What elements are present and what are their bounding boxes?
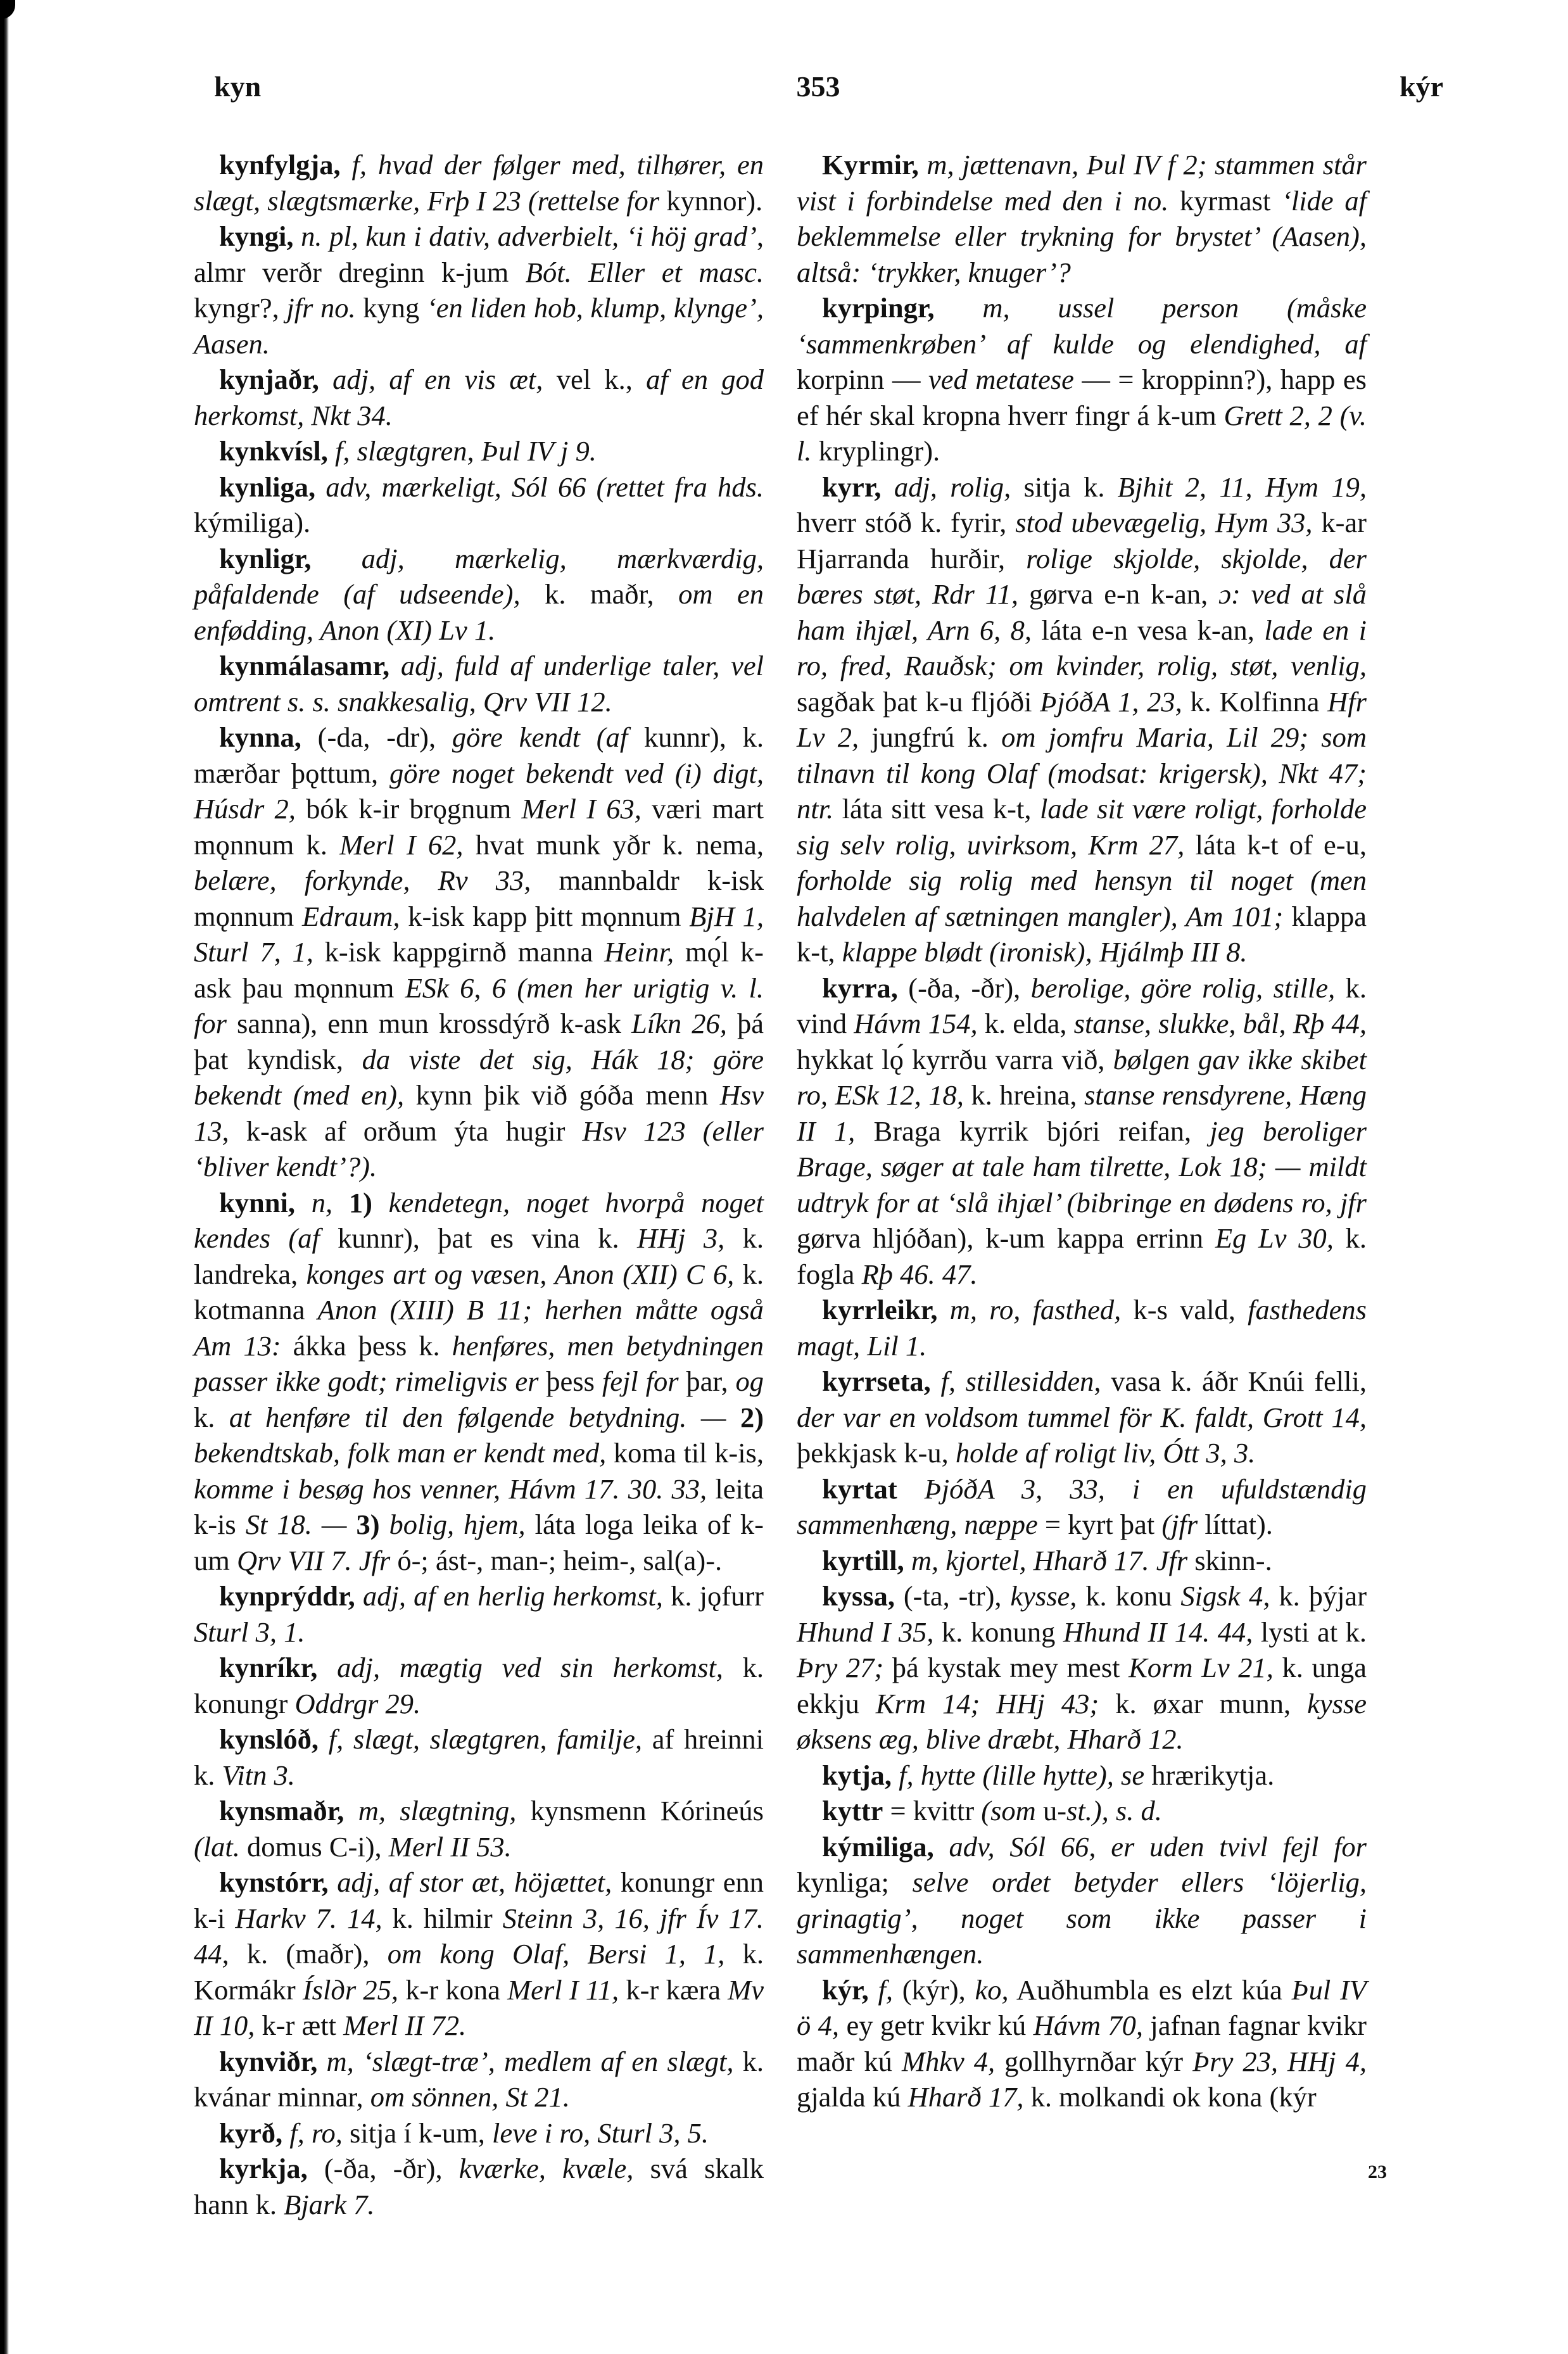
entry-text: þá kystak mey mest [883,1652,1129,1683]
printer-signature-mark: 23 [1368,2161,1387,2183]
entry-gloss: Eg Lv 30, [1215,1222,1334,1254]
entry-headword: 2) [740,1402,764,1433]
dictionary-entry: kyrrseta, f, stillesidden, vasa k. áðr K… [797,1364,1367,1471]
dictionary-entry: kyrð, f, ro, sitja í k-um, leve i ro, St… [194,2115,764,2151]
entry-text: láta sitt vesa k-t, [833,793,1040,825]
entry-gloss: m, slægtning, [358,1795,517,1826]
entry-text [931,1365,941,1397]
entry-text: k-r ætt [255,2009,343,2041]
entry-text: k-s vald, [1121,1294,1248,1326]
scan-corner-shadow [0,0,15,19]
entry-text [317,1652,337,1683]
entry-headword: kyrr, [822,471,882,503]
entry-text: kynn þik við góða menn [404,1079,720,1111]
entry-text: Auðhumbla es elzt kúa [1009,1974,1292,2006]
entry-gloss: stanse, slukke, bål, Rþ 44, [1074,1008,1367,1039]
running-head-right: kýr [1400,70,1443,103]
entry-text: ákka þess k. [281,1330,452,1362]
entry-text: gørva hljóðan), k-um kappa errinn [797,1222,1215,1254]
dictionary-entry: kyngi, n. pl, kun i dativ, adverbielt, ‘… [194,218,764,362]
entry-text: skinn-. [1187,1545,1272,1576]
entry-text: lysti at k. [1253,1616,1367,1648]
entry-gloss: m, ro, fasthed, [950,1294,1121,1326]
entry-text: bók k-ir brǫgnum [296,793,522,825]
entry-gloss: Hávm 154, [854,1008,977,1039]
entry-headword: kyrra, [822,972,898,1004]
dictionary-entry: kynkvísl, f, slægtgren, Þul IV j 9. [194,433,764,469]
entry-gloss: Bót. Eller et masc. [526,256,764,288]
entry-gloss: Vitn 3. [222,1759,295,1791]
entry-headword: kynna, [219,721,301,753]
dictionary-entry: kyrra, (-ða, -ðr), berolige, göre rolig,… [797,970,1367,1293]
entry-text: = kvittr [883,1795,981,1826]
dictionary-entry: kytja, f, hytte (lille hytte), se hrærik… [797,1757,1367,1794]
entry-gloss: HHj 3, [637,1222,724,1254]
entry-gloss: (jfr [1161,1509,1198,1540]
entry-gloss: göre kendt (af [452,721,628,753]
entry-headword: kynmálasamr, [219,650,389,681]
entry-gloss: Bjhit 2, 11, Hym 19, [1118,471,1367,503]
entry-gloss: leve i ro, Sturl 3, 5. [492,2117,709,2149]
entry-text: láta e-n vesa k-an, [1032,614,1264,646]
entry-text: ey getr kvikr kú [839,2009,1034,2041]
entry-text: þekkjask k-u, [797,1437,956,1469]
entry-gloss: ÞjóðA 1, 23, [1040,686,1182,718]
entry-text: koma til k-is, [606,1437,764,1469]
entry-gloss: Harkv 7. 14, [235,1902,382,1934]
entry-text: k. þýjar [1270,1580,1367,1612]
dictionary-entry: kynsmaðr, m, slægtning, kynsmenn Kórineú… [194,1793,764,1864]
entry-gloss: Merl II 53. [389,1831,512,1863]
entry-headword: kynjaðr, [219,364,319,395]
entry-text: kyrmast [1168,185,1282,217]
entry-gloss: Mhkv 4, [902,2046,995,2077]
dictionary-entry: kynstórr, adj, af stor æt, höjættet, kon… [194,1864,764,2044]
entry-text: k. elda, [978,1008,1074,1039]
entry-gloss: Merl I 11, [507,1974,619,2006]
entry-text: kyng [356,292,427,324]
entry-text [389,650,401,681]
dictionary-entry: kynjaðr, adj, af en vis æt, vel k., af e… [194,362,764,433]
entry-text [329,1866,338,1898]
entry-gloss: (lat. [194,1831,240,1863]
dictionary-entry: kyrtat ÞjóðA 3, 33, i en ufuldstændig sa… [797,1471,1367,1543]
entry-gloss: holde af roligt liv, Ótt 3, 3. [956,1437,1255,1469]
entry-gloss: adv, Sól 66, er uden tvivl fejl for [949,1831,1367,1863]
entry-text: hrærikytja. [1144,1759,1274,1791]
entry-text: kryplingr). [812,435,940,467]
entry-headword: kynni, [219,1187,295,1218]
entry-gloss: Korm Lv 21, [1129,1652,1274,1683]
entry-headword: kýmiliga, [822,1831,934,1863]
dictionary-entry: kynna, (-da, -dr), göre kendt (af kunnr)… [194,719,764,1185]
dictionary-entry: kynni, n, 1) kendetegn, noget hvorpå nog… [194,1185,764,1579]
entry-text: u- [1036,1795,1066,1826]
entry-gloss: Þry 27; [797,1652,883,1683]
dictionary-entry: kynviðr, m, ‘slægt-træ’, medlem af en sl… [194,2044,764,2115]
entry-text: k. Kolfinna [1182,686,1327,718]
entry-text: k-r kæra [619,1974,728,2006]
entry-text [938,1294,950,1326]
entry-gloss: bolig, hjem, [389,1509,525,1540]
entry-text [882,471,894,503]
entry-gloss: adj, af en vis æt, [332,364,543,395]
entry-text [295,1187,312,1218]
entry-gloss: adj, rolig, [894,471,1011,503]
entry-gloss: (som [981,1795,1036,1826]
entry-headword: kyrrseta, [822,1365,931,1397]
entry-text: domus C-i), [240,1831,389,1863]
entry-gloss: og [736,1365,764,1397]
entry-text: gollhyrnðar kýr [995,2046,1192,2077]
entry-headword: kyrrleikr, [822,1294,938,1326]
dictionary-entry: kynfylgja, f, hvad der følger med, tilhø… [194,147,764,218]
page-number: 353 [768,70,869,103]
entry-gloss: komme i besøg hos venner, Hávm 17. 30. 3… [194,1473,707,1505]
entry-text [294,220,301,252]
dictionary-entry: Kyrmir, m, jættenavn, Þul IV f 2; stamme… [797,147,1367,290]
entry-text: jungfrú k. [859,721,1001,753]
entry-text: k-ask af orðum ýta hugir [229,1115,583,1147]
entry-gloss: Edraum, [302,901,400,932]
dictionary-entry: kynmálasamr, adj, fuld af underlige tale… [194,648,764,719]
entry-text: = kyrt þat [1038,1509,1162,1540]
entry-text [312,543,362,574]
entry-gloss: konges art og væsen, Anon (XII) C 6, [307,1258,735,1290]
entry-headword: 3) [356,1509,379,1540]
dictionary-entry: kynslóð, f, slægt, slægtgren, familje, a… [194,1721,764,1793]
entry-gloss: forholde sig rolig med hensyn til noget … [797,864,1367,932]
entry-gloss: Qrv VII 7. Jfr [237,1545,390,1576]
entry-gloss: berolige, göre rolig, stille, [1031,972,1336,1004]
entry-text: kynnor). [659,185,762,217]
entry-text: (-ða, -ðr), [898,972,1031,1004]
entry-headword: kynligr, [219,543,312,574]
entry-text: (-ða, -ðr), [308,2153,459,2184]
entry-text: (kýr), [893,1974,975,2006]
entry-gloss: om kong Olaf, Bersi 1, 1, [388,1938,725,1970]
dictionary-column-left: kynfylgja, f, hvad der følger med, tilhø… [194,147,764,2222]
entry-text: líttat). [1198,1509,1273,1540]
entry-gloss: klappe blødt (ironisk), Hjálmþ III 8. [842,936,1248,968]
entry-text: (-da, -dr), [301,721,452,753]
entry-headword: kynviðr, [219,2046,317,2077]
entry-text: k. konu [1077,1580,1180,1612]
entry-text: vel k., [543,364,646,395]
entry-text [346,1509,356,1540]
entry-text: k. jǫfurr [663,1580,764,1612]
entry-gloss: Hhund II 14. 44, [1063,1616,1253,1648]
entry-headword: kyttr [822,1795,883,1826]
entry-text [355,1580,363,1612]
entry-gloss: stod ubevægelig, Hym 33, [1015,507,1312,538]
entry-headword: kynslóð, [219,1723,319,1755]
dictionary-entry: kynliga, adv, mærkeligt, Sól 66 (rettet … [194,469,764,541]
entry-text [904,1545,911,1576]
entry-gloss: Merl II 72. [343,2009,466,2041]
entry-text: k. hilmir [383,1902,503,1934]
entry-headword: kyrpingr, [822,292,935,324]
entry-gloss: Hávm 70, [1034,2009,1143,2041]
entry-gloss: adv, mærkeligt, Sól 66 (rettet fra hds. [326,471,764,503]
entry-text [328,435,335,467]
entry-gloss: n. pl, kun i dativ, adverbielt, ‘i höj g… [301,220,757,252]
entry-headword: kyrð, [219,2117,282,2149]
entry-text [372,1187,389,1218]
entry-gloss: f, hytte (lille hytte), se [899,1759,1144,1791]
entry-text: k-isk kappgirnð manna [313,936,604,968]
entry-gloss: Oddrgr 29. [294,1688,420,1719]
dictionary-entry: kynligr, adj, mærkelig, mærkværdig, påfa… [194,541,764,649]
entry-text [341,149,352,180]
dictionary-entry: kyrrleikr, m, ro, fasthed, k-s vald, fas… [797,1292,1367,1364]
entry-gloss: Rþ 46. 47. [862,1258,978,1290]
entry-text: k. molkandi ok kona (kýr [1023,2081,1316,2113]
entry-text: láta k-t of e-u, [1184,829,1367,861]
entry-headword: kynstórr, [219,1866,329,1898]
entry-text [319,364,332,395]
entry-text: k-isk kapp þitt mǫnnum [400,901,689,932]
entry-gloss: kysse, [1010,1580,1077,1612]
entry-text: k. (maðr), [229,1938,388,1970]
entry-headword: kyngi, [219,220,294,252]
scan-page-edge [0,0,9,2354]
entry-gloss: fejl for [602,1365,679,1397]
entry-text: k. maðr, [521,578,679,610]
entry-gloss: bekendtskab, folk man er kendt med, [194,1437,606,1469]
entry-text: korpinn — [797,364,928,395]
entry-gloss: St 18. — [246,1509,347,1540]
entry-headword: kyssa, [822,1580,895,1612]
entry-text: þess [538,1365,602,1397]
entry-text: vasa k. áðr Knúi felli, [1101,1365,1367,1397]
entry-text [282,2117,289,2149]
entry-headword: kynfylgja, [219,149,341,180]
entry-text: gjalda kú [797,2081,907,2113]
entry-gloss: f, [878,1974,894,2006]
entry-text: hykkat lǫ́ kyrrðu varra við, [797,1044,1113,1075]
entry-headword: kynríkr, [219,1652,317,1683]
entry-text: k-r kona [398,1974,507,2006]
entry-gloss: f, slægtgren, Þul IV j 9. [335,435,597,467]
entry-text: k. konung [934,1616,1063,1648]
entry-text [319,1723,329,1755]
entry-gloss: m, ‘slægt-træ’, medlem af en slægt, [327,2046,734,2077]
entry-text [317,2046,326,2077]
entry-gloss: Hharð 17, [907,2081,1023,2113]
entry-headword: kýr, [822,1974,869,2006]
entry-gloss: f, stillesidden, [940,1365,1101,1397]
dictionary-entry: kyttr = kvittr (som u-st.), s. d. [797,1793,1367,1829]
entry-gloss: ko, [975,1974,1009,2006]
entry-gloss: Krm 14; HHj 43; [876,1688,1099,1719]
entry-text: kynliga; [797,1866,913,1898]
entry-text: sanna), enn mun krossdýrð k-ask [227,1008,631,1039]
entry-text: (-ta, -tr), [895,1580,1010,1612]
dictionary-entry: kyrpingr, m, ussel person (måske ‘sammen… [797,290,1367,469]
entry-gloss: Líkn 26, [631,1008,727,1039]
entry-gloss: Merl I 63, [521,793,641,825]
entry-text [726,1402,740,1433]
entry-gloss: Íslдr 25, [303,1974,398,2006]
entry-gloss: Þry 23, HHj 4, [1192,2046,1367,2077]
entry-gloss: kværke, kvæle, [459,2153,634,2184]
entry-text [332,1187,349,1218]
entry-gloss: adj, mægtig ved sin herkomst, [337,1652,723,1683]
entry-text: Braga kyrrik bjóri reifan, [855,1115,1210,1147]
entry-headword: kynprýddr, [219,1580,355,1612]
entry-gloss: Sigsk 4, [1180,1580,1270,1612]
entry-text [935,292,983,324]
entry-headword: kynliga, [219,471,315,503]
dictionary-entry: kýmiliga, adv, Sól 66, er uden tvivl fej… [797,1829,1367,1972]
entry-gloss: Bjark 7. [284,2189,374,2220]
entry-gloss: f, ro, [289,2117,343,2149]
dictionary-column-right: Kyrmir, m, jættenavn, Þul IV f 2; stamme… [797,147,1367,2115]
entry-headword: kyrtat [822,1473,897,1505]
entry-text: kyngr?, [194,292,286,324]
entry-gloss: st.), s. d. [1066,1795,1162,1826]
entry-text [892,1759,899,1791]
entry-text: kynsmenn Kórineús [516,1795,764,1826]
entry-text: k. [194,1402,229,1433]
entry-text: kýmiliga). [194,507,310,538]
entry-text [869,1974,878,2006]
entry-text: sitja í k-um, [343,2117,492,2149]
entry-gloss: der var en voldsom tummel för K. faldt, … [797,1402,1367,1433]
entry-headword: Kyrmir, [822,149,919,180]
entry-text [380,1509,389,1540]
entry-headword: kytja, [822,1759,892,1791]
entry-gloss: f, slægt, slægtgren, familje, [329,1723,642,1755]
entry-text: sitja k. [1011,471,1118,503]
dictionary-entry: kyssa, (-ta, -tr), kysse, k. konu Sigsk … [797,1578,1367,1757]
entry-gloss: adj, af stor æt, höjættet, [337,1866,612,1898]
entry-gloss: jfr no. [286,292,355,324]
entry-gloss: om sönnen, St 21. [370,2081,570,2113]
dictionary-entry: kyrtill, m, kjortel, Hharð 17. Jfr skinn… [797,1543,1367,1579]
dictionary-entry: kynríkr, adj, mægtig ved sin herkomst, k… [194,1650,764,1721]
entry-text: kunnr), þat es vina k. [320,1222,637,1254]
entry-text: hverr stóð k. fyrir, [797,507,1015,538]
dictionary-entry: kynprýddr, adj, af en herlig herkomst, k… [194,1578,764,1650]
entry-text: k. hreina, [964,1079,1084,1111]
entry-gloss: m, kjortel, Hharð 17. Jfr [911,1545,1187,1576]
entry-text: ó-; ást-, man-; heim-, sal(a)-. [390,1545,722,1576]
entry-headword: kynsmaðr, [219,1795,344,1826]
entry-text: sagðak þat k-u fljóði [797,686,1040,718]
entry-text: gørva e-n k-an, [1018,578,1218,610]
entry-gloss: belære, forkynde, Rv 33, [194,864,531,896]
entry-text [934,1831,949,1863]
entry-text: hvat munk yðr k. nema, [464,829,764,861]
entry-headword: kynkvísl, [219,435,328,467]
entry-text [315,471,326,503]
entry-text: þar, [679,1365,736,1397]
entry-gloss: n, [312,1187,332,1218]
dictionary-entry: kýr, f, (kýr), ko, Auðhumbla es elzt kúa… [797,1972,1367,2115]
entry-gloss: ved metatese [928,364,1074,395]
running-head-left: kyn [214,70,261,103]
dictionary-entry: kyrkja, (-ða, -ðr), kværke, kvæle, svá s… [194,2151,764,2222]
entry-gloss: Hhund I 35, [797,1616,934,1648]
entry-text [919,149,926,180]
entry-headword: 1) [349,1187,372,1218]
entry-text [897,1473,925,1505]
entry-headword: kyrkja, [219,2153,308,2184]
entry-gloss: adj, af en herlig herkomst, [363,1580,663,1612]
entry-gloss: at henføre til den følgende betydning. — [229,1402,726,1433]
entry-text [344,1795,358,1826]
entry-gloss: Merl I 62, [339,829,463,861]
entry-headword: kyrtill, [822,1545,904,1576]
entry-text: k. øxar munn, [1099,1688,1307,1719]
entry-gloss: Heinr, [604,936,674,968]
dictionary-entry: kyrr, adj, rolig, sitja k. Bjhit 2, 11, … [797,469,1367,970]
entry-gloss: Sturl 3, 1. [194,1616,305,1648]
